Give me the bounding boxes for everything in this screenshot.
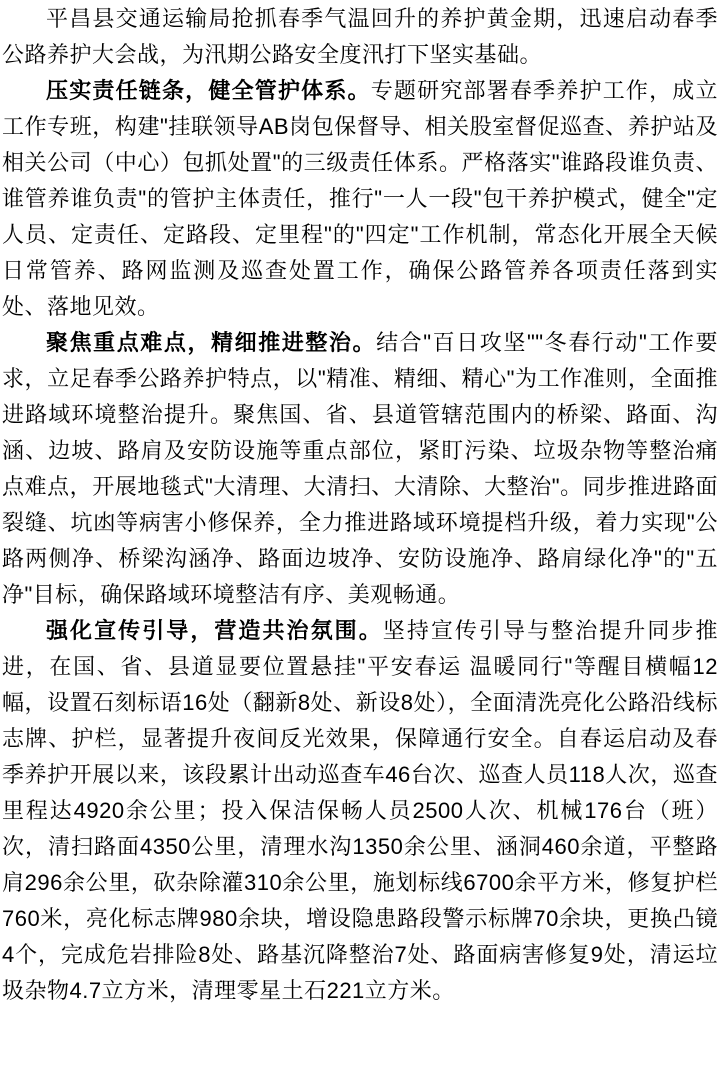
paragraph-focus-remediation: 聚焦重点难点，精细推进整治。结合"百日攻坚""冬春行动"工作要求，立足春季公路养… bbox=[2, 325, 718, 613]
document-page: 平昌县交通运输局抢抓春季气温回升的养护黄金期，迅速启动春季公路养护大会战，为汛期… bbox=[0, 0, 720, 1080]
paragraph-responsibility-lead: 压实责任链条，健全管护体系。 bbox=[46, 78, 371, 103]
paragraph-publicity-lead: 强化宣传引导，营造共治氛围。 bbox=[46, 618, 383, 643]
paragraph-intro: 平昌县交通运输局抢抓春季气温回升的养护黄金期，迅速启动春季公路养护大会战，为汛期… bbox=[2, 1, 718, 73]
paragraph-publicity-body: 坚持宣传引导与整治提升同步推进，在国、省、县道显要位置悬挂"平安春运 温暖同行"… bbox=[2, 618, 718, 1003]
paragraph-responsibility-body: 专题研究部署春季养护工作，成立工作专班，构建"挂联领导AB岗包保督导、相关股室督… bbox=[2, 78, 718, 319]
paragraph-intro-body: 平昌县交通运输局抢抓春季气温回升的养护黄金期，迅速启动春季公路养护大会战，为汛期… bbox=[2, 6, 718, 67]
paragraph-focus-remediation-lead: 聚焦重点难点，精细推进整治。 bbox=[46, 330, 376, 355]
paragraph-responsibility: 压实责任链条，健全管护体系。专题研究部署春季养护工作，成立工作专班，构建"挂联领… bbox=[2, 73, 718, 325]
paragraph-focus-remediation-body: 结合"百日攻坚""冬春行动"工作要求，立足春季公路养护特点，以"精准、精细、精心… bbox=[2, 330, 718, 607]
paragraph-publicity: 强化宣传引导，营造共治氛围。坚持宣传引导与整治提升同步推进，在国、省、县道显要位… bbox=[2, 613, 718, 1009]
